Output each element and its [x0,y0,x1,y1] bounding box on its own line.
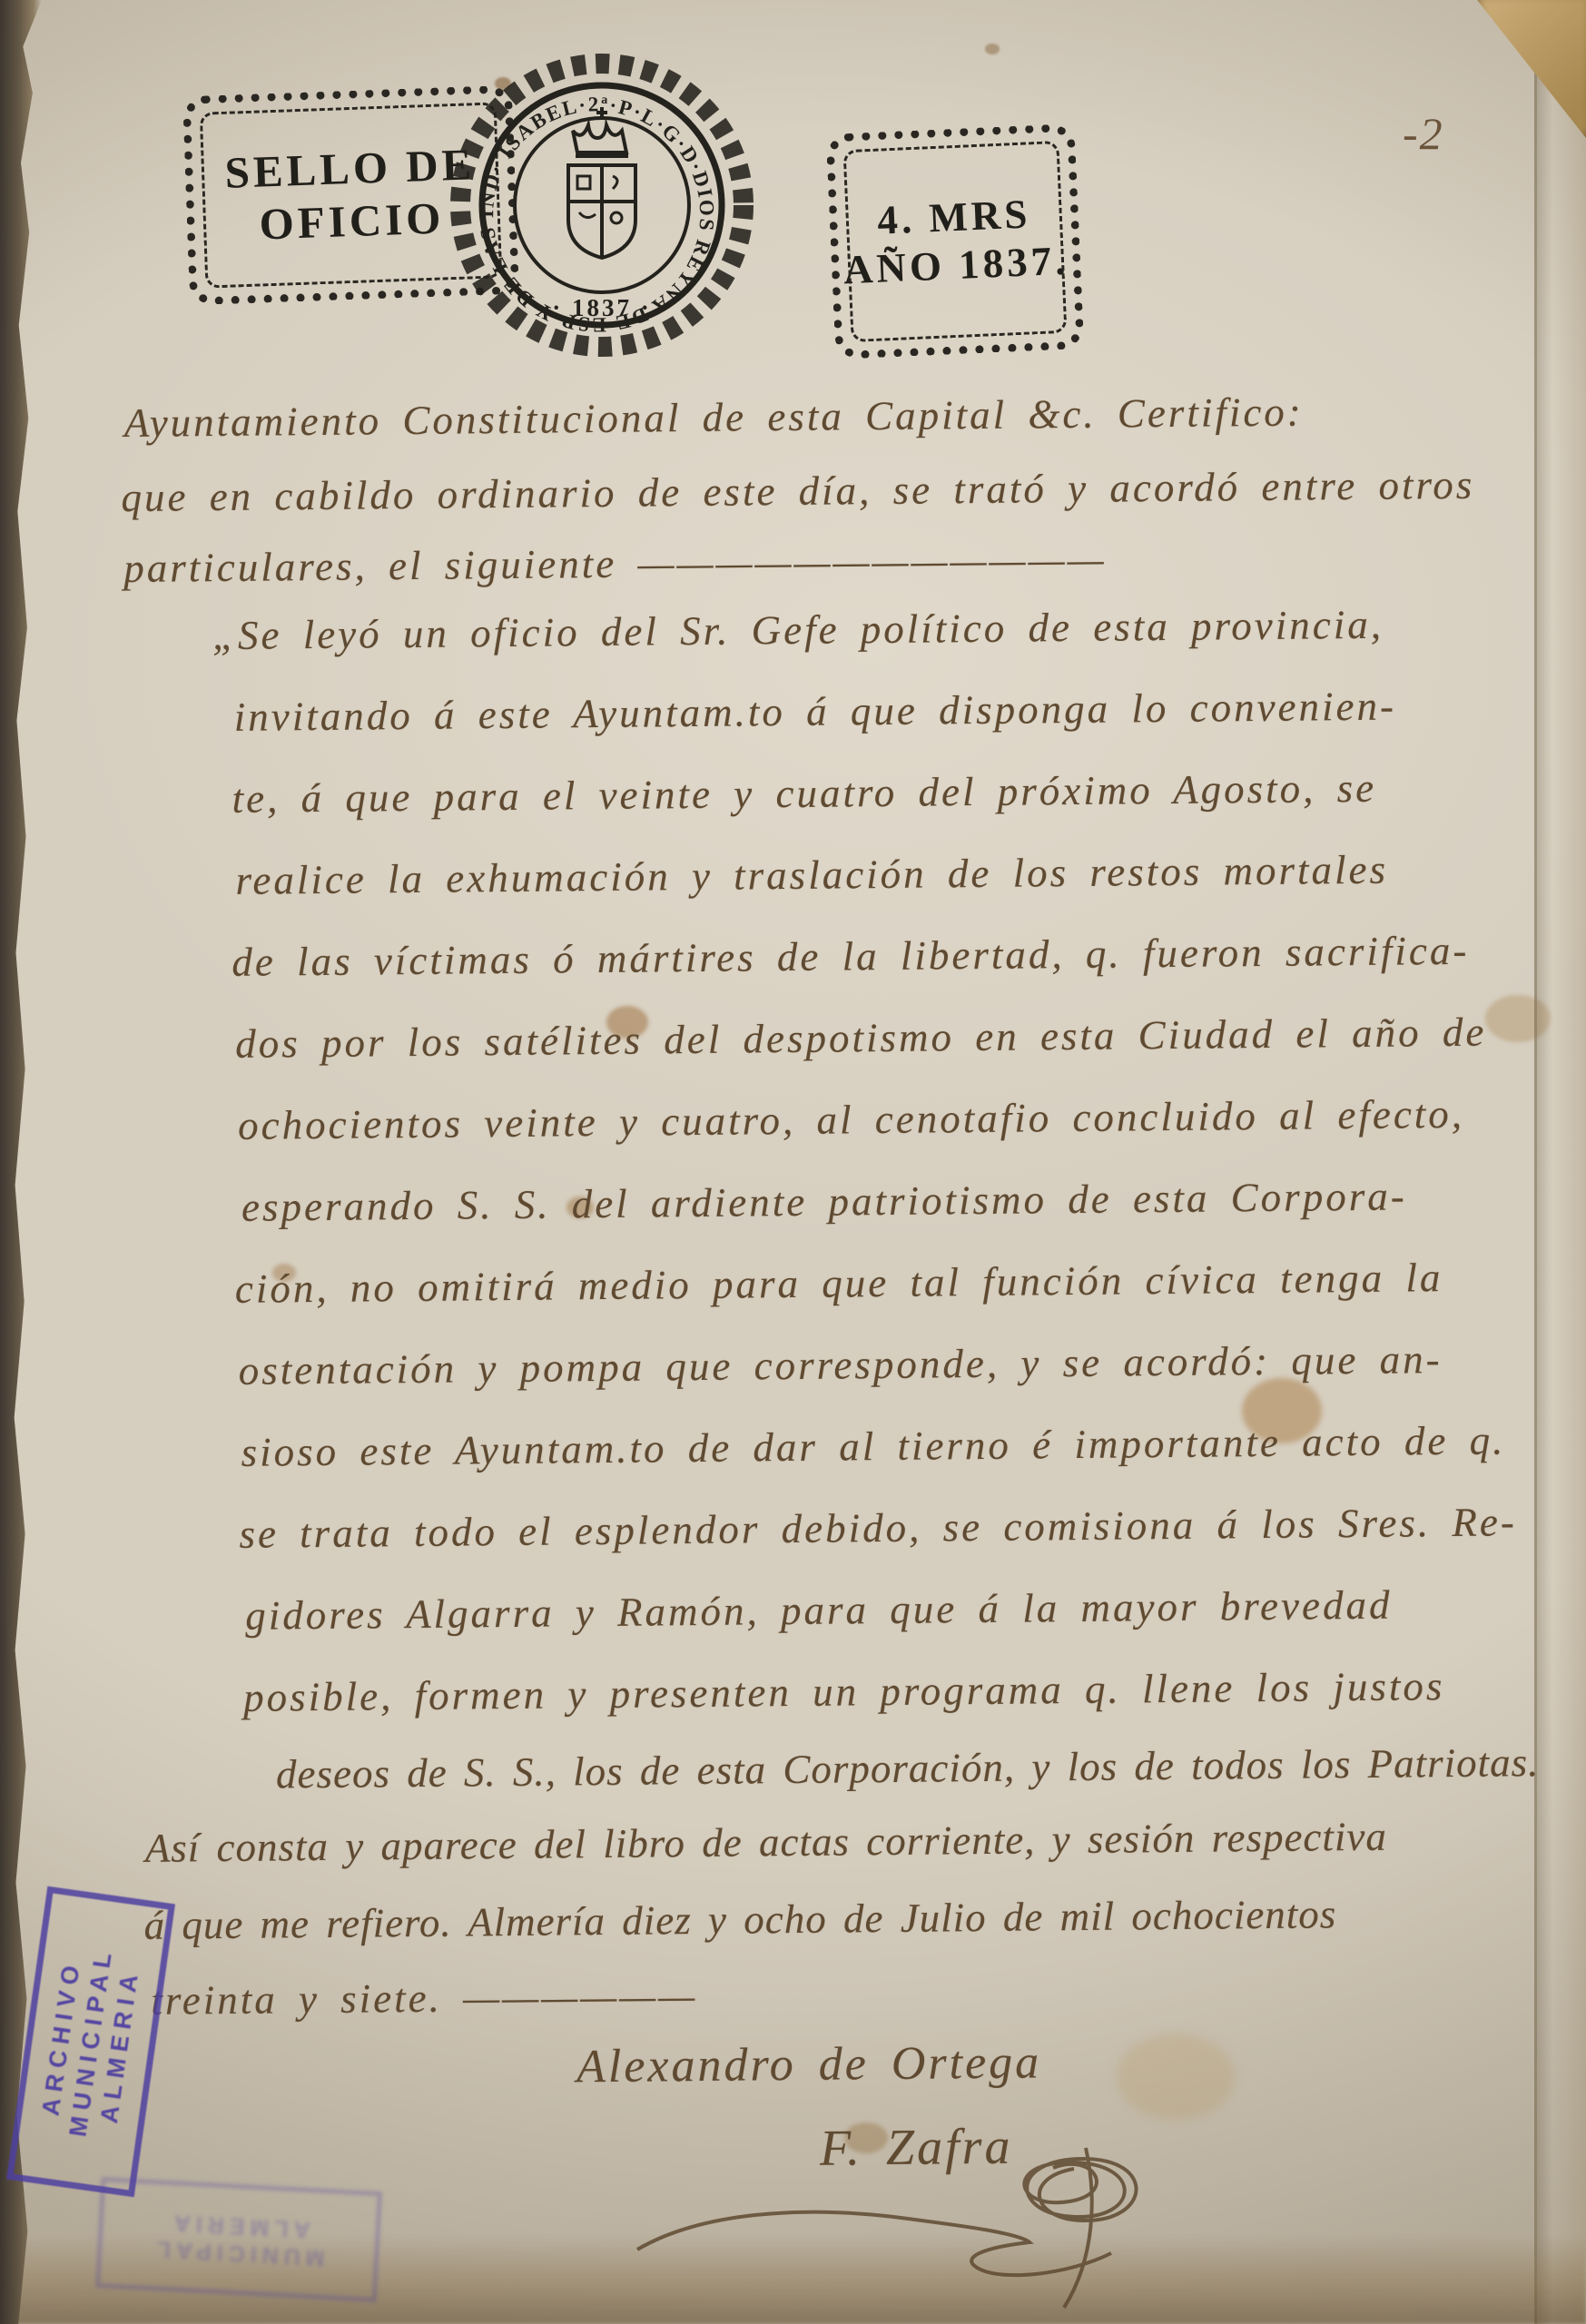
manuscript-line: posible, formen y presenten un programa … [243,1662,1445,1721]
manuscript-text: Ayuntamiento Constitucional de esta Capi… [0,0,1586,2324]
manuscript-line: ochocientos veinte y cuatro, al cenotafi… [238,1090,1464,1149]
manuscript-line: ostentación y pompa que corresponde, y s… [238,1335,1442,1394]
manuscript-line: que en cabildo ordinario de este día, se… [121,461,1474,521]
manuscript-line: te, á que para el veinte y cuatro del pr… [231,764,1376,822]
manuscript-line: sioso este Ayuntam.to de dar al tierno é… [241,1416,1505,1475]
scanned-document-page: { "document": { "page_number": "-2", "he… [0,0,1586,2324]
manuscript-line: realice la exhumación y traslación de lo… [235,846,1388,904]
archivo-municipal-stamp-ghost: MUNICIPAL ALMERIA [95,2177,382,2302]
manuscript-line: treinta y siete. —————— [151,1972,697,2024]
signature-rubric-flourish [626,2142,1207,2324]
manuscript-line: de las víctimas ó mártires de la liberta… [231,927,1469,986]
manuscript-line: gidores Algarra y Ramón, para que á la m… [245,1581,1393,1640]
manuscript-line: se trata todo el esplendor debido, se co… [239,1498,1517,1558]
manuscript-line: esperando S. S. del ardiente patriotismo… [241,1173,1407,1231]
manuscript-line: Así consta y aparece del libro de actas … [144,1813,1387,1872]
manuscript-line: particulares, el siguiente ———————————— [123,536,1107,592]
signature-alexandro-ortega: Alexandro de Ortega [576,2035,1042,2093]
manuscript-line: deseos de S. S., los de esta Corporación… [276,1738,1540,1797]
manuscript-line: ción, no omitirá medio para que tal func… [235,1254,1443,1313]
manuscript-line: á que me refiero. Almería diez y ocho de… [143,1890,1336,1949]
manuscript-line: „Se leyó un oficio del Sr. Gefe político… [212,601,1384,659]
manuscript-line: Ayuntamiento Constitucional de esta Capi… [123,389,1304,447]
manuscript-line: invitando á este Ayuntam.to á que dispon… [234,683,1397,741]
manuscript-line: dos por los satélites del despotismo en … [235,1009,1487,1068]
